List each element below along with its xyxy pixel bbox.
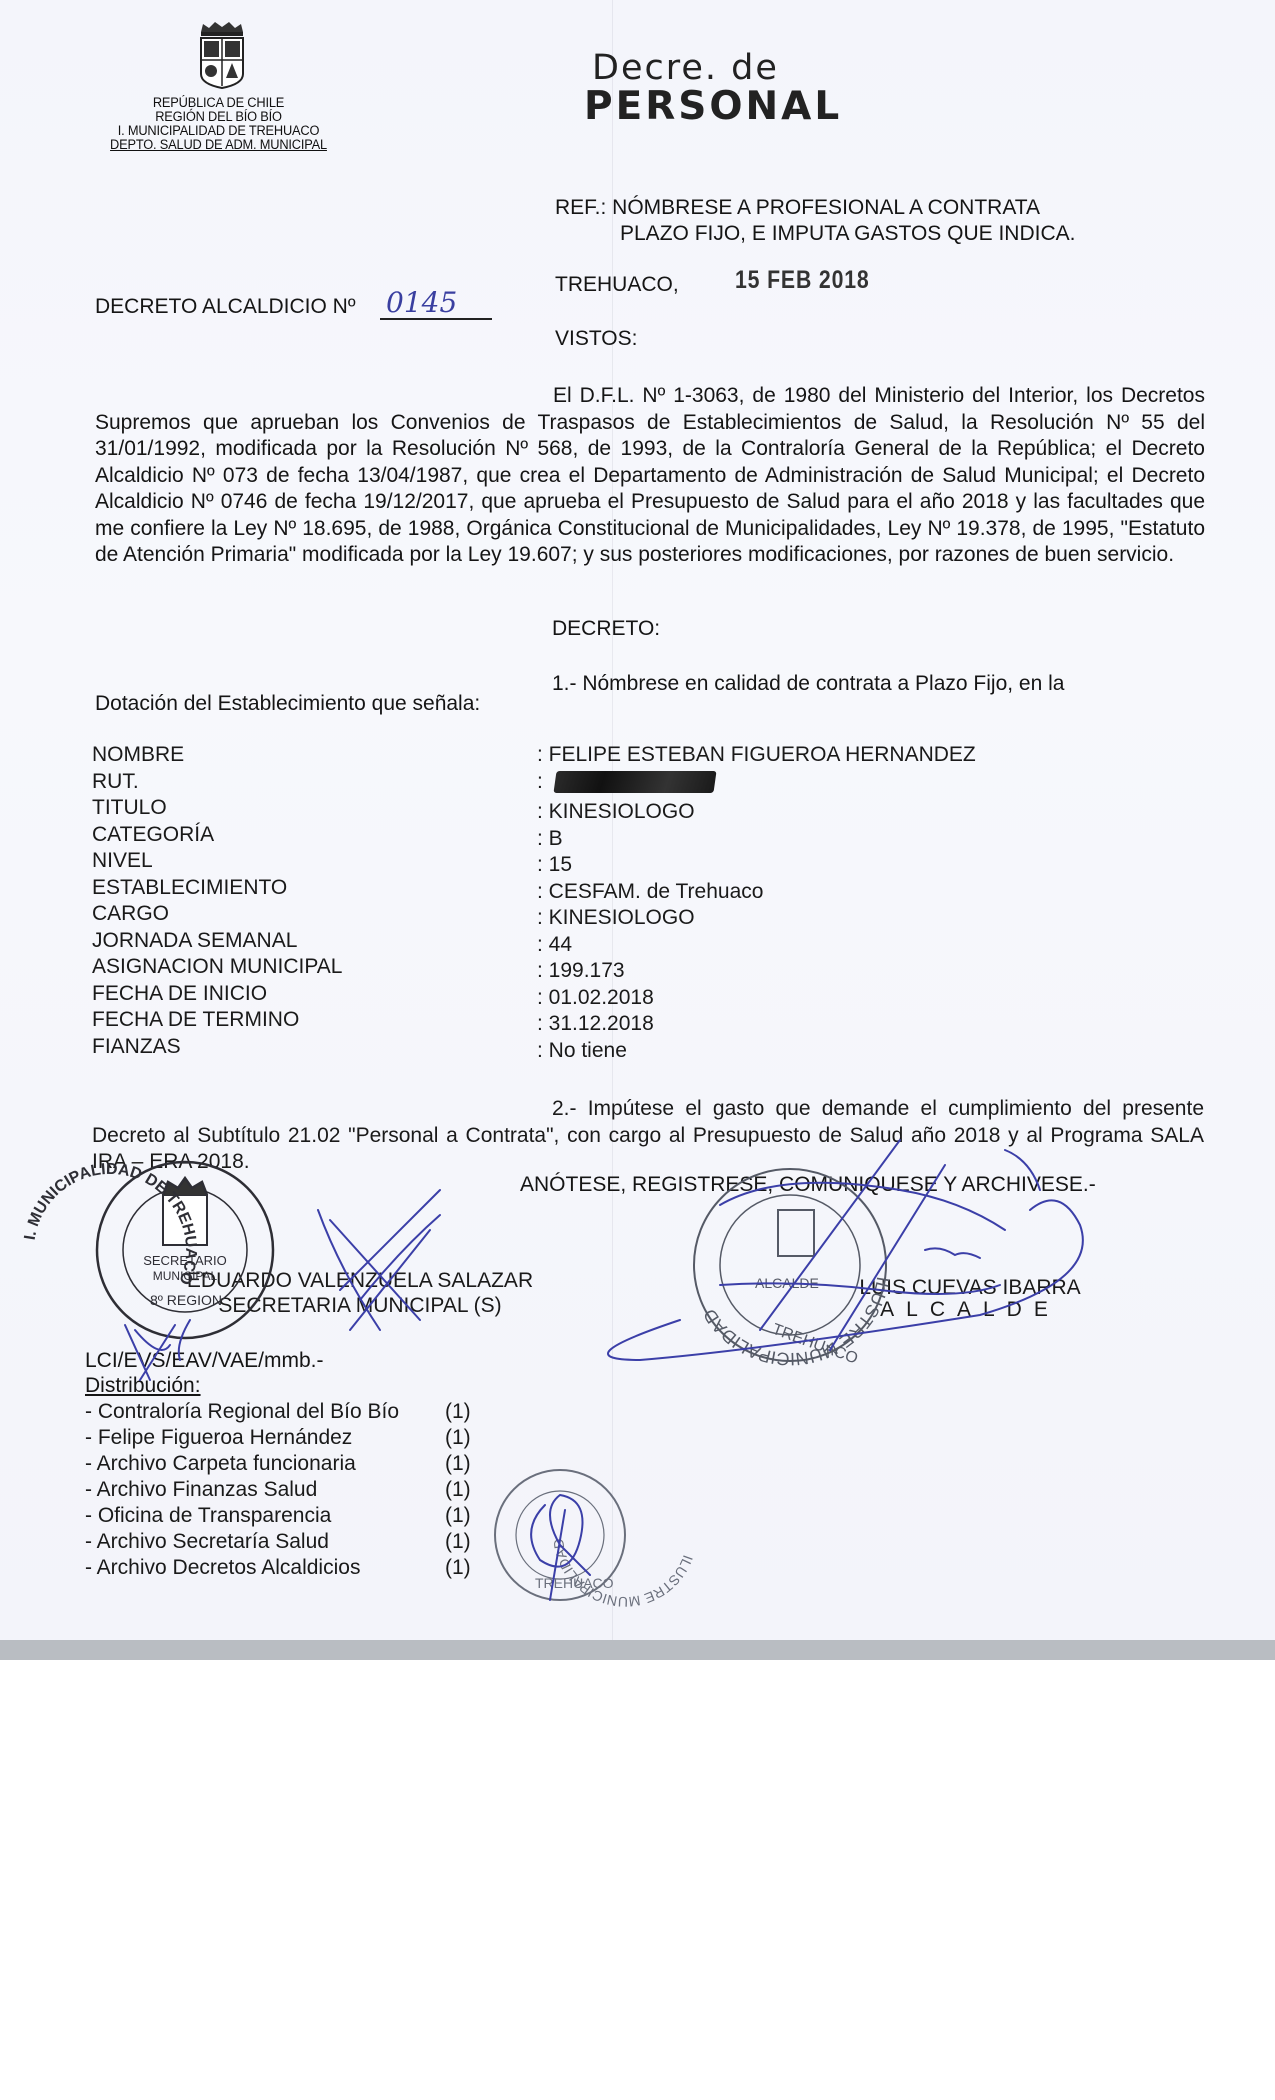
distribution-list: - Contraloría Regional del Bío Bío(1)- F… [85, 1399, 399, 1581]
decree-number-handwritten: 0145 [380, 286, 492, 320]
field-value: : 44 [537, 932, 572, 958]
vistos-text: El D.F.L. Nº 1-3063, de 1980 del Ministe… [95, 384, 1205, 566]
distribution-recipient: - Archivo Decretos Alcaldicios [85, 1556, 360, 1579]
distribution-recipient: - Contraloría Regional del Bío Bío [85, 1400, 399, 1423]
distribution-title: Distribución: [85, 1373, 201, 1399]
scanner-edge [0, 1640, 1275, 1660]
field-key: JORNADA SEMANAL [92, 928, 297, 954]
field-separator: : [537, 1039, 549, 1062]
field-separator: : [537, 880, 549, 903]
distribution-item: - Archivo Carpeta funcionaria(1) [85, 1451, 399, 1477]
field-separator: : [537, 743, 549, 766]
field-value: : 01.02.2018 [537, 985, 654, 1011]
field-value-text: 31.12.2018 [549, 1012, 654, 1035]
date-stamp: 15 FEB 2018 [735, 266, 870, 295]
field-key: ESTABLECIMIENTO [92, 875, 287, 901]
secretary-name: EDUARDO VALENZUELA SALAZAR [160, 1268, 560, 1293]
secretary-role: SECRETARIA MUNICIPAL (S) [160, 1293, 560, 1318]
field-value-text: 15 [549, 853, 572, 876]
issuer-line: REPÚBLICA DE CHILE [95, 96, 342, 110]
distribution-item: - Contraloría Regional del Bío Bío(1) [85, 1399, 399, 1425]
field-value: : 31.12.2018 [537, 1011, 654, 1037]
field-value-text: KINESIOLOGO [549, 906, 695, 929]
item2-text: 2.- Impútese el gasto que demande el cum… [92, 1097, 1204, 1173]
place-label: TREHUACO, [555, 272, 679, 298]
decreto-label: DECRETO: [552, 616, 660, 642]
initials-line: LCI/EVS/EAV/VAE/mmb.- [85, 1348, 323, 1374]
field-value: : No tiene [537, 1038, 627, 1064]
field-value: : KINESIOLOGO [537, 905, 695, 931]
vistos-paragraph: El D.F.L. Nº 1-3063, de 1980 del Ministe… [95, 383, 1205, 569]
issuer-line: REGIÓN DEL BÍO BÍO [95, 110, 342, 124]
secretary-signature-block: EDUARDO VALENZUELA SALAZAR SECRETARIA MU… [160, 1268, 560, 1318]
distribution-recipient: - Felipe Figueroa Hernández [85, 1426, 352, 1449]
field-value-text: 01.02.2018 [549, 986, 654, 1009]
distribution-qty: (1) [445, 1399, 471, 1425]
field-key: NOMBRE [92, 742, 184, 768]
field-value-text: FELIPE ESTEBAN FIGUEROA HERNANDEZ [549, 743, 976, 766]
field-value-text: CESFAM. de Trehuaco [549, 880, 764, 903]
field-separator: : [537, 827, 549, 850]
field-key: FECHA DE INICIO [92, 981, 267, 1007]
field-separator: : [537, 986, 549, 1009]
distribution-recipient: - Archivo Finanzas Salud [85, 1478, 317, 1501]
field-value: : [537, 769, 715, 795]
field-key: TITULO [92, 795, 167, 821]
field-value: : CESFAM. de Trehuaco [537, 879, 763, 905]
field-value: : FELIPE ESTEBAN FIGUEROA HERNANDEZ [537, 742, 976, 768]
field-value-text: 199.173 [549, 959, 625, 982]
reference-line2: PLAZO FIJO, E IMPUTA GASTOS QUE INDICA. [620, 221, 1075, 247]
distribution-qty: (1) [445, 1451, 471, 1477]
field-key: FECHA DE TERMINO [92, 1007, 299, 1033]
field-value: : 199.173 [537, 958, 625, 984]
field-separator: : [537, 933, 549, 956]
field-value-text: 44 [549, 933, 572, 956]
field-value: : B [537, 826, 563, 852]
coat-of-arms-icon [193, 20, 251, 90]
field-key: FIANZAS [92, 1034, 181, 1060]
distribution-item: - Oficina de Transparencia(1) [85, 1503, 399, 1529]
field-value: : KINESIOLOGO [537, 799, 695, 825]
mayor-name: LUIS CUEVAS IBARRA [810, 1277, 1130, 1299]
issuer-line: DEPTO. SALUD DE ADM. MUNICIPAL [95, 138, 342, 152]
reference-line1: REF.: NÓMBRESE A PROFESIONAL A CONTRATA [555, 195, 1040, 221]
issuer-block: REPÚBLICA DE CHILE REGIÓN DEL BÍO BÍO I.… [95, 96, 342, 152]
field-value-text: B [549, 827, 563, 850]
distribution-item: - Archivo Finanzas Salud(1) [85, 1477, 399, 1503]
vistos-label: VISTOS: [555, 326, 637, 352]
field-value-text: No tiene [549, 1039, 627, 1062]
distribution-recipient: - Oficina de Transparencia [85, 1504, 331, 1527]
item1-text: 1.- Nómbrese en calidad de contrata a Pl… [552, 671, 1064, 697]
field-separator: : [537, 959, 549, 982]
closing-formula: ANÓTESE, REGISTRESE, COMUNIQUESE Y ARCHI… [520, 1172, 1096, 1198]
field-separator: : [537, 906, 549, 929]
item2-paragraph: 2.- Impútese el gasto que demande el cum… [92, 1096, 1204, 1176]
category-stamp: Decre. de PERSONAL [584, 48, 842, 129]
issuer-line: I. MUNICIPALIDAD DE TREHUACO [95, 124, 342, 138]
mayor-signature-block: LUIS CUEVAS IBARRA ALCALDE [810, 1277, 1130, 1321]
distribution-item: - Felipe Figueroa Hernández(1) [85, 1425, 399, 1451]
field-value-text: KINESIOLOGO [549, 800, 695, 823]
distribution-qty: (1) [445, 1503, 471, 1529]
redaction-mark [553, 771, 716, 793]
field-separator: : [537, 800, 549, 823]
decree-number-label: DECRETO ALCALDICIO Nº [95, 294, 356, 320]
field-separator: : [537, 1012, 549, 1035]
category-stamp-line1: Decre. de [592, 48, 842, 88]
distribution-qty: (1) [445, 1555, 471, 1581]
field-key: ASIGNACION MUNICIPAL [92, 954, 342, 980]
field-key: NIVEL [92, 848, 153, 874]
distribution-recipient: - Archivo Secretaría Salud [85, 1530, 329, 1553]
distribution-item: - Archivo Decretos Alcaldicios(1) [85, 1555, 399, 1581]
field-key: CARGO [92, 901, 169, 927]
field-key: RUT. [92, 769, 139, 795]
distribution-item: - Archivo Secretaría Salud(1) [85, 1529, 399, 1555]
mayor-role: ALCALDE [810, 1299, 1130, 1321]
distribution-qty: (1) [445, 1529, 471, 1555]
field-value: : 15 [537, 852, 572, 878]
field-separator: : [537, 770, 549, 793]
dotacion-text: Dotación del Establecimiento que señala: [95, 691, 480, 717]
category-stamp-line2: PERSONAL [584, 84, 842, 129]
distribution-qty: (1) [445, 1477, 471, 1503]
field-separator: : [537, 853, 549, 876]
distribution-qty: (1) [445, 1425, 471, 1451]
field-key: CATEGORÍA [92, 822, 214, 848]
distribution-recipient: - Archivo Carpeta funcionaria [85, 1452, 356, 1475]
